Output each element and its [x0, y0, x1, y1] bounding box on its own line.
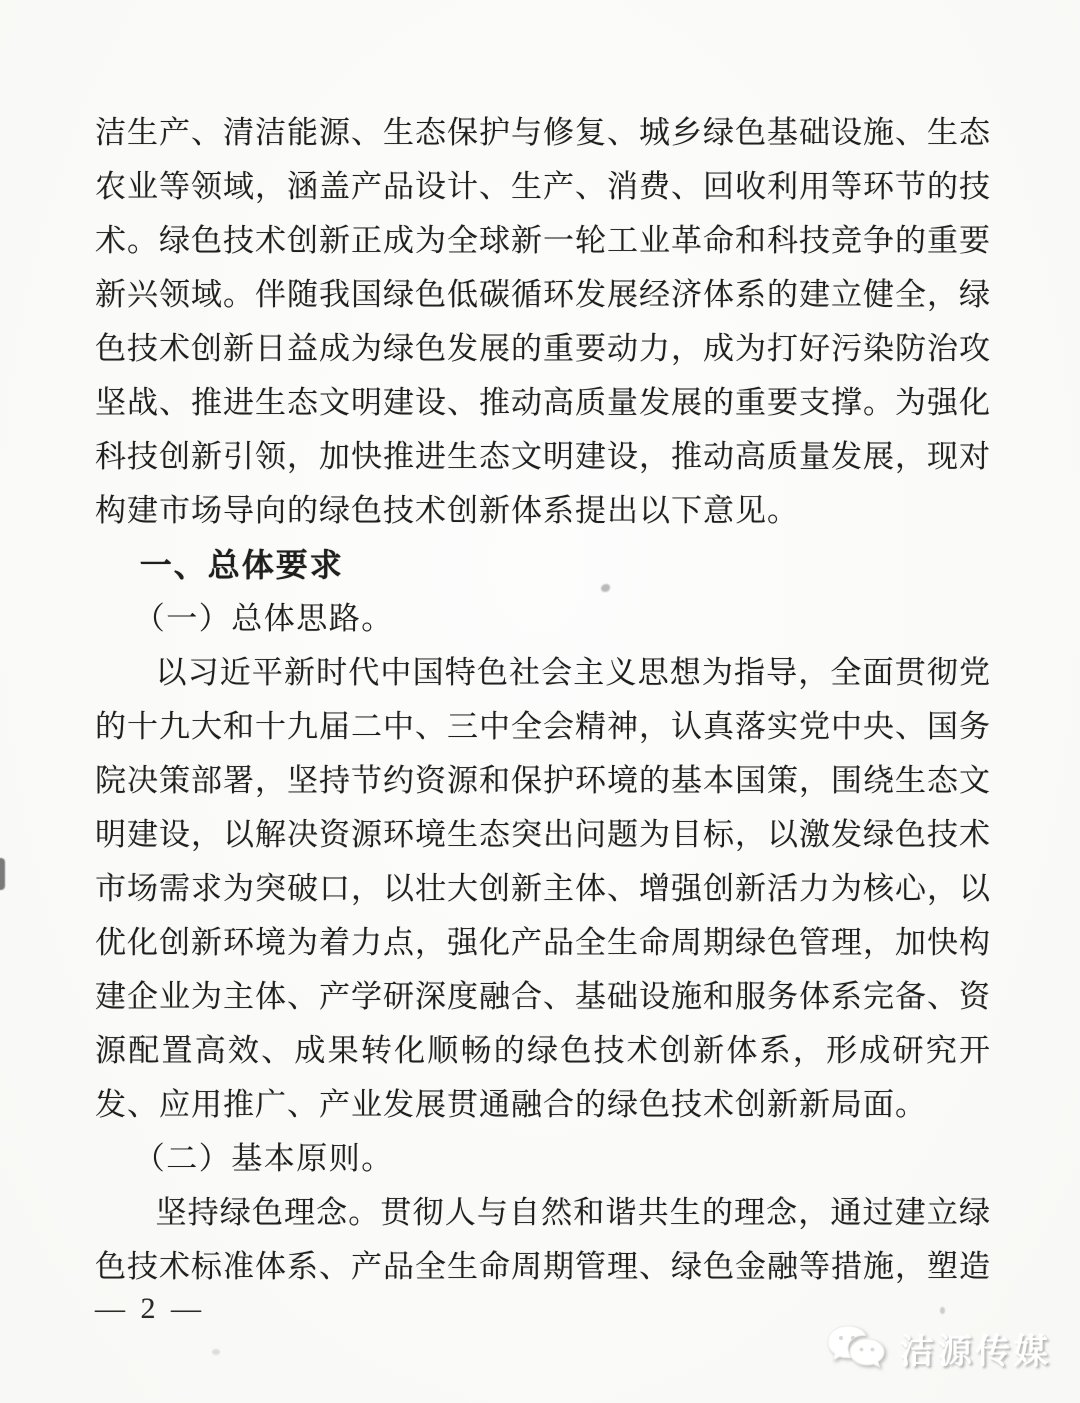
- wechat-icon: [826, 1322, 888, 1374]
- paragraph-continuation: 洁生产、清洁能源、生态保护与修复、城乡绿色基础设施、生态农业等领域，涵盖产品设计…: [95, 106, 991, 538]
- scan-artifact-speck: [212, 1349, 220, 1355]
- subsection-heading-basic-principles: （二）基本原则。: [95, 1132, 991, 1186]
- paragraph-general-idea: 以习近平新时代中国特色社会主义思想为指导，全面贯彻党的十九大和十九届二中、三中全…: [95, 646, 991, 1132]
- scan-artifact-edge-mark: [0, 858, 5, 890]
- section-heading-overall-requirements: 一、总体要求: [95, 538, 991, 592]
- watermark-text: 洁源传媒: [900, 1324, 1052, 1373]
- document-body: 洁生产、清洁能源、生态保护与修复、城乡绿色基础设施、生态农业等领域，涵盖产品设计…: [95, 106, 991, 1294]
- subsection-heading-general-idea: （一）总体思路。: [95, 592, 991, 646]
- page-number: — 2 —: [95, 1292, 205, 1326]
- scanned-document-page: 洁生产、清洁能源、生态保护与修复、城乡绿色基础设施、生态农业等领域，涵盖产品设计…: [0, 0, 1080, 1403]
- watermark-jieyuan-media: 洁源传媒: [826, 1322, 1052, 1374]
- paragraph-basic-principles: 坚持绿色理念。贯彻人与自然和谐共生的理念，通过建立绿色技术标准体系、产品全生命周…: [95, 1186, 991, 1294]
- scan-artifact-speck: [940, 1307, 945, 1314]
